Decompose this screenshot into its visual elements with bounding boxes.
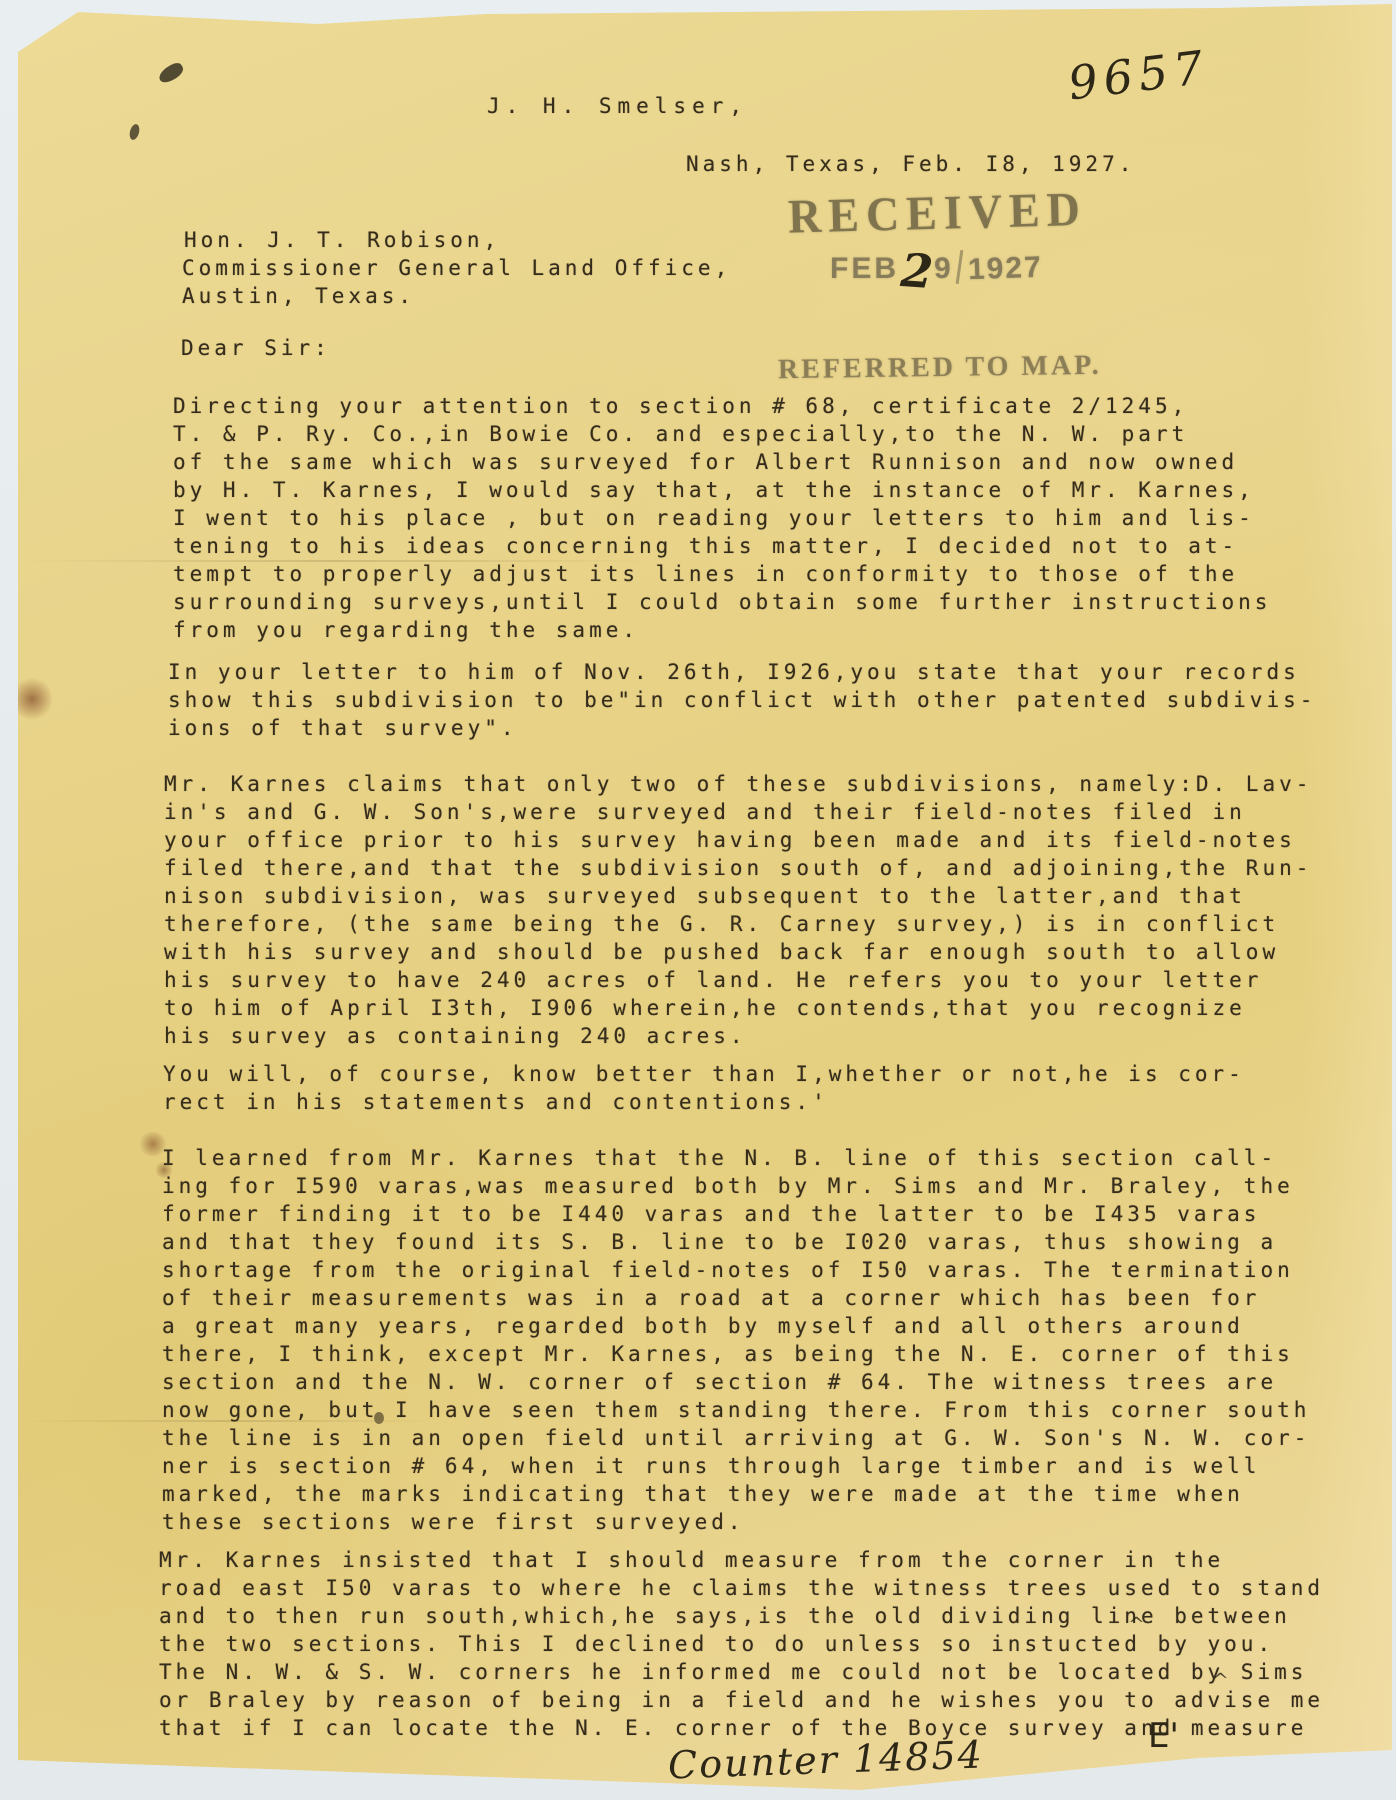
- corner-mark: E': [1148, 1716, 1179, 1756]
- salutation: Dear Sir:: [181, 334, 331, 362]
- date-stamp-day: 9: [934, 252, 951, 286]
- paragraph-3: Mr. Karnes claims that only two of these…: [164, 770, 1312, 1050]
- paragraph-2: In your letter to him of Nov. 26th, I926…: [168, 658, 1316, 742]
- paper-edge-sheen: [1302, 4, 1392, 1794]
- paragraph-6: Mr. Karnes insisted that I should measur…: [159, 1546, 1324, 1742]
- referred-to-map-stamp: REFERRED TO MAP.: [778, 350, 1102, 387]
- caret-mark: ^: [1212, 1668, 1229, 1692]
- caret-mark: ^: [1128, 1612, 1145, 1636]
- ink-stain: [156, 60, 186, 85]
- received-stamp: RECEIVED: [787, 181, 1087, 244]
- ink-stain: [128, 123, 141, 141]
- paragraph-5: I learned from Mr. Karnes that the N. B.…: [162, 1144, 1310, 1536]
- recipient-line3: Austin, Texas.: [182, 282, 415, 310]
- rust-stain: [12, 676, 52, 722]
- recipient-line1: Hon. J. T. Robison,: [184, 226, 500, 254]
- date-stamp-day-handwritten: 2: [899, 243, 935, 299]
- paragraph-4: You will, of course, know better than I,…: [163, 1060, 1245, 1116]
- scanned-letter-page: { "annotations": { "number_top_right": "…: [0, 0, 1396, 1800]
- date-stamp-year: 1927: [967, 251, 1043, 288]
- dateline: Nash, Texas, Feb. I8, 1927.: [686, 150, 1135, 178]
- paragraph-1: Directing your attention to section # 68…: [173, 392, 1271, 644]
- recipient-line2: Commissioner General Land Office,: [182, 254, 731, 282]
- date-stamp-month: FEB: [830, 252, 899, 286]
- sender-name: J. H. Smelser,: [487, 92, 748, 120]
